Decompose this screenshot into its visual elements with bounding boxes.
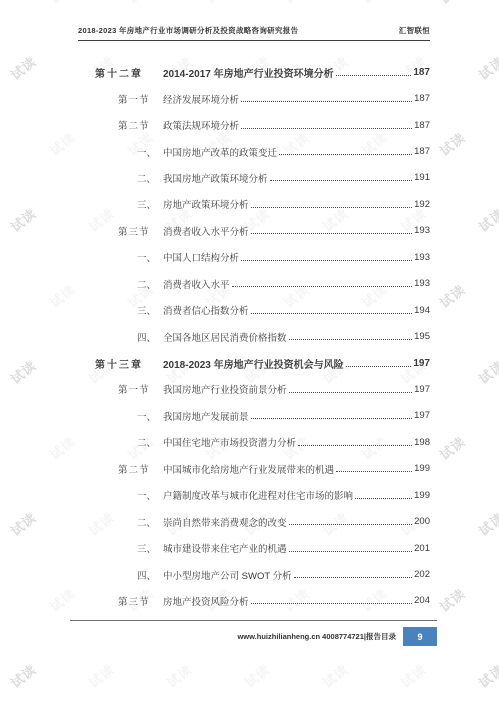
toc-entry-page-number: 187 xyxy=(414,93,430,104)
toc-entry-label: 四、 xyxy=(78,568,163,582)
toc-row: 第十三章 2018-2023 年房地产行业投资机会与风险 197 xyxy=(78,350,430,376)
toc-row: 三、 消费者信心指数分析 194 xyxy=(78,297,430,323)
toc-entry-page-number: 193 xyxy=(414,252,430,263)
toc-entry-title: 中国住宅地产市场投资潜力分析 xyxy=(163,435,298,449)
toc-entry-label: 二、 xyxy=(78,277,163,291)
toc-leader-dots xyxy=(241,128,412,129)
toc-entry-page-number: 193 xyxy=(414,225,430,236)
toc-list: 第十二章 2014-2017 年房地产行业投资环境分析 187 第一节 经济发展… xyxy=(78,59,430,614)
toc-row: 第三节 房地产投资风险分析 204 xyxy=(78,588,430,614)
toc-entry-title: 消费者收入水平分析 xyxy=(163,224,251,238)
toc-leader-dots xyxy=(279,154,412,155)
toc-leader-dots xyxy=(241,101,412,102)
toc-row: 第一节 经济发展环境分析 187 xyxy=(78,85,430,111)
toc-entry-label: 三、 xyxy=(78,197,163,211)
toc-row: 二、 中国住宅地产市场投资潜力分析 198 xyxy=(78,429,430,455)
toc-leader-dots xyxy=(251,603,413,604)
toc-row: 一、 我国房地产发展前景 197 xyxy=(78,403,430,429)
toc-entry-label: 二、 xyxy=(78,171,163,185)
page-footer: www.huizhilianheng.cn 4008774721|报告目录 9 xyxy=(70,620,437,646)
toc-entry-page-number: 202 xyxy=(414,569,430,580)
toc-leader-dots xyxy=(289,551,413,552)
toc-leader-dots xyxy=(251,207,413,208)
toc-entry-label: 一、 xyxy=(78,250,163,264)
toc-entry-label: 四、 xyxy=(78,330,163,344)
toc-entry-label: 三、 xyxy=(78,541,163,555)
toc-row: 四、 中小型房地产公司 SWOT 分析 202 xyxy=(78,561,430,587)
toc-leader-dots xyxy=(355,498,412,499)
toc-entry-page-number: 187 xyxy=(413,67,430,78)
toc-entry-title: 户籍制度改革与城市化进程对住宅市场的影响 xyxy=(163,488,355,502)
toc-row: 一、 中国人口结构分析 193 xyxy=(78,244,430,270)
footer-contact-info: www.huizhilianheng.cn 4008774721|报告目录 xyxy=(237,631,396,642)
toc-leader-dots xyxy=(251,418,413,419)
toc-leader-dots xyxy=(289,339,413,340)
page-number-badge: 9 xyxy=(403,627,437,646)
toc-entry-page-number: 198 xyxy=(414,437,430,448)
toc-row: 一、 中国房地产改革的政策变迁 187 xyxy=(78,138,430,164)
toc-entry-page-number: 197 xyxy=(413,358,430,369)
toc-row: 一、 户籍制度改革与城市化进程对住宅市场的影响 199 xyxy=(78,482,430,508)
toc-entry-label: 第三节 xyxy=(78,224,163,238)
toc-row: 第十二章 2014-2017 年房地产行业投资环境分析 187 xyxy=(78,59,430,85)
toc-leader-dots xyxy=(270,180,413,181)
toc-row: 第二节 政策法规环境分析 187 xyxy=(78,112,430,138)
toc-row: 第三节 消费者收入水平分析 193 xyxy=(78,218,430,244)
toc-leader-dots xyxy=(232,286,413,287)
toc-leader-dots xyxy=(241,260,412,261)
toc-entry-page-number: 197 xyxy=(414,410,430,421)
toc-entry-label: 第十三章 xyxy=(78,356,163,371)
toc-leader-dots xyxy=(289,524,413,525)
toc-entry-title: 政策法规环境分析 xyxy=(163,118,241,132)
toc-entry-page-number: 192 xyxy=(414,199,430,210)
toc-entry-label: 三、 xyxy=(78,303,163,317)
toc-entry-title: 经济发展环境分析 xyxy=(163,92,241,106)
brand-name: 汇智联恒 xyxy=(399,25,430,36)
toc-row: 第二节 中国城市化给房地产行业发展带来的机遇 199 xyxy=(78,456,430,482)
page-header: 2018-2023 年房地产行业市场调研分析及投资战略咨询研究报告 汇智联恒 xyxy=(78,25,430,41)
toc-entry-page-number: 199 xyxy=(414,463,430,474)
toc-entry-title: 崇尚自然带来消费观念的改变 xyxy=(163,515,289,529)
toc-entry-title: 消费者收入水平 xyxy=(163,277,232,291)
toc-entry-title: 中国房地产改革的政策变迁 xyxy=(163,145,279,159)
toc-entry-title: 房地产政策环境分析 xyxy=(163,197,251,211)
toc-entry-page-number: 200 xyxy=(414,516,430,527)
toc-entry-title: 房地产投资风险分析 xyxy=(163,594,251,608)
toc-entry-title: 中国城市化给房地产行业发展带来的机遇 xyxy=(163,462,336,476)
toc-leader-dots xyxy=(336,471,412,472)
toc-entry-title: 我国房地产发展前景 xyxy=(163,409,251,423)
toc-leader-dots xyxy=(336,75,412,76)
toc-entry-title: 消费者信心指数分析 xyxy=(163,303,251,317)
toc-leader-dots xyxy=(251,313,413,314)
toc-entry-page-number: 187 xyxy=(414,146,430,157)
toc-entry-page-number: 195 xyxy=(414,331,430,342)
toc-entry-label: 第二节 xyxy=(78,118,163,132)
toc-row: 四、 全国各地区居民消费价格指数 195 xyxy=(78,323,430,349)
toc-entry-label: 一、 xyxy=(78,409,163,423)
toc-entry-page-number: 194 xyxy=(414,305,430,316)
toc-row: 二、 崇尚自然带来消费观念的改变 200 xyxy=(78,508,430,534)
toc-entry-title: 全国各地区居民消费价格指数 xyxy=(163,330,289,344)
toc-leader-dots xyxy=(294,577,413,578)
toc-row: 第一节 我国房地产行业投资前景分析 197 xyxy=(78,376,430,402)
toc-entry-label: 第一节 xyxy=(78,92,163,106)
report-title: 2018-2023 年房地产行业市场调研分析及投资战略咨询研究报告 xyxy=(78,25,298,36)
toc-row: 三、 城市建设带来住宅产业的机遇 201 xyxy=(78,535,430,561)
toc-entry-page-number: 199 xyxy=(414,490,430,501)
toc-entry-label: 第十二章 xyxy=(78,65,163,80)
toc-entry-page-number: 187 xyxy=(414,120,430,131)
toc-entry-title: 我国房地产政策环境分析 xyxy=(163,171,270,185)
document-page: 2018-2023 年房地产行业市场调研分析及投资战略咨询研究报告 汇智联恒 第… xyxy=(0,0,499,706)
toc-leader-dots xyxy=(289,392,413,393)
toc-entry-page-number: 191 xyxy=(414,172,430,183)
toc-entry-title: 2014-2017 年房地产行业投资环境分析 xyxy=(163,65,336,80)
toc-leader-dots xyxy=(298,445,412,446)
toc-entry-title: 2018-2023 年房地产行业投资机会与风险 xyxy=(163,356,346,371)
toc-entry-label: 第三节 xyxy=(78,594,163,608)
toc-row: 二、 我国房地产政策环境分析 191 xyxy=(78,165,430,191)
toc-entry-title: 中国人口结构分析 xyxy=(163,250,241,264)
toc-entry-page-number: 193 xyxy=(414,278,430,289)
toc-entry-page-number: 204 xyxy=(414,595,430,606)
toc-entry-page-number: 201 xyxy=(414,543,430,554)
toc-entry-label: 一、 xyxy=(78,488,163,502)
toc-entry-label: 第二节 xyxy=(78,462,163,476)
toc-row: 二、 消费者收入水平 193 xyxy=(78,271,430,297)
toc-entry-label: 一、 xyxy=(78,145,163,159)
toc-leader-dots xyxy=(251,233,413,234)
toc-entry-title: 中小型房地产公司 SWOT 分析 xyxy=(163,568,294,582)
toc-entry-label: 二、 xyxy=(78,515,163,529)
toc-entry-title: 城市建设带来住宅产业的机遇 xyxy=(163,541,289,555)
toc-entry-label: 二、 xyxy=(78,435,163,449)
toc-entry-title: 我国房地产行业投资前景分析 xyxy=(163,382,289,396)
toc-entry-label: 第一节 xyxy=(78,382,163,396)
toc-leader-dots xyxy=(346,366,412,367)
toc-row: 三、 房地产政策环境分析 192 xyxy=(78,191,430,217)
toc-entry-page-number: 197 xyxy=(414,384,430,395)
